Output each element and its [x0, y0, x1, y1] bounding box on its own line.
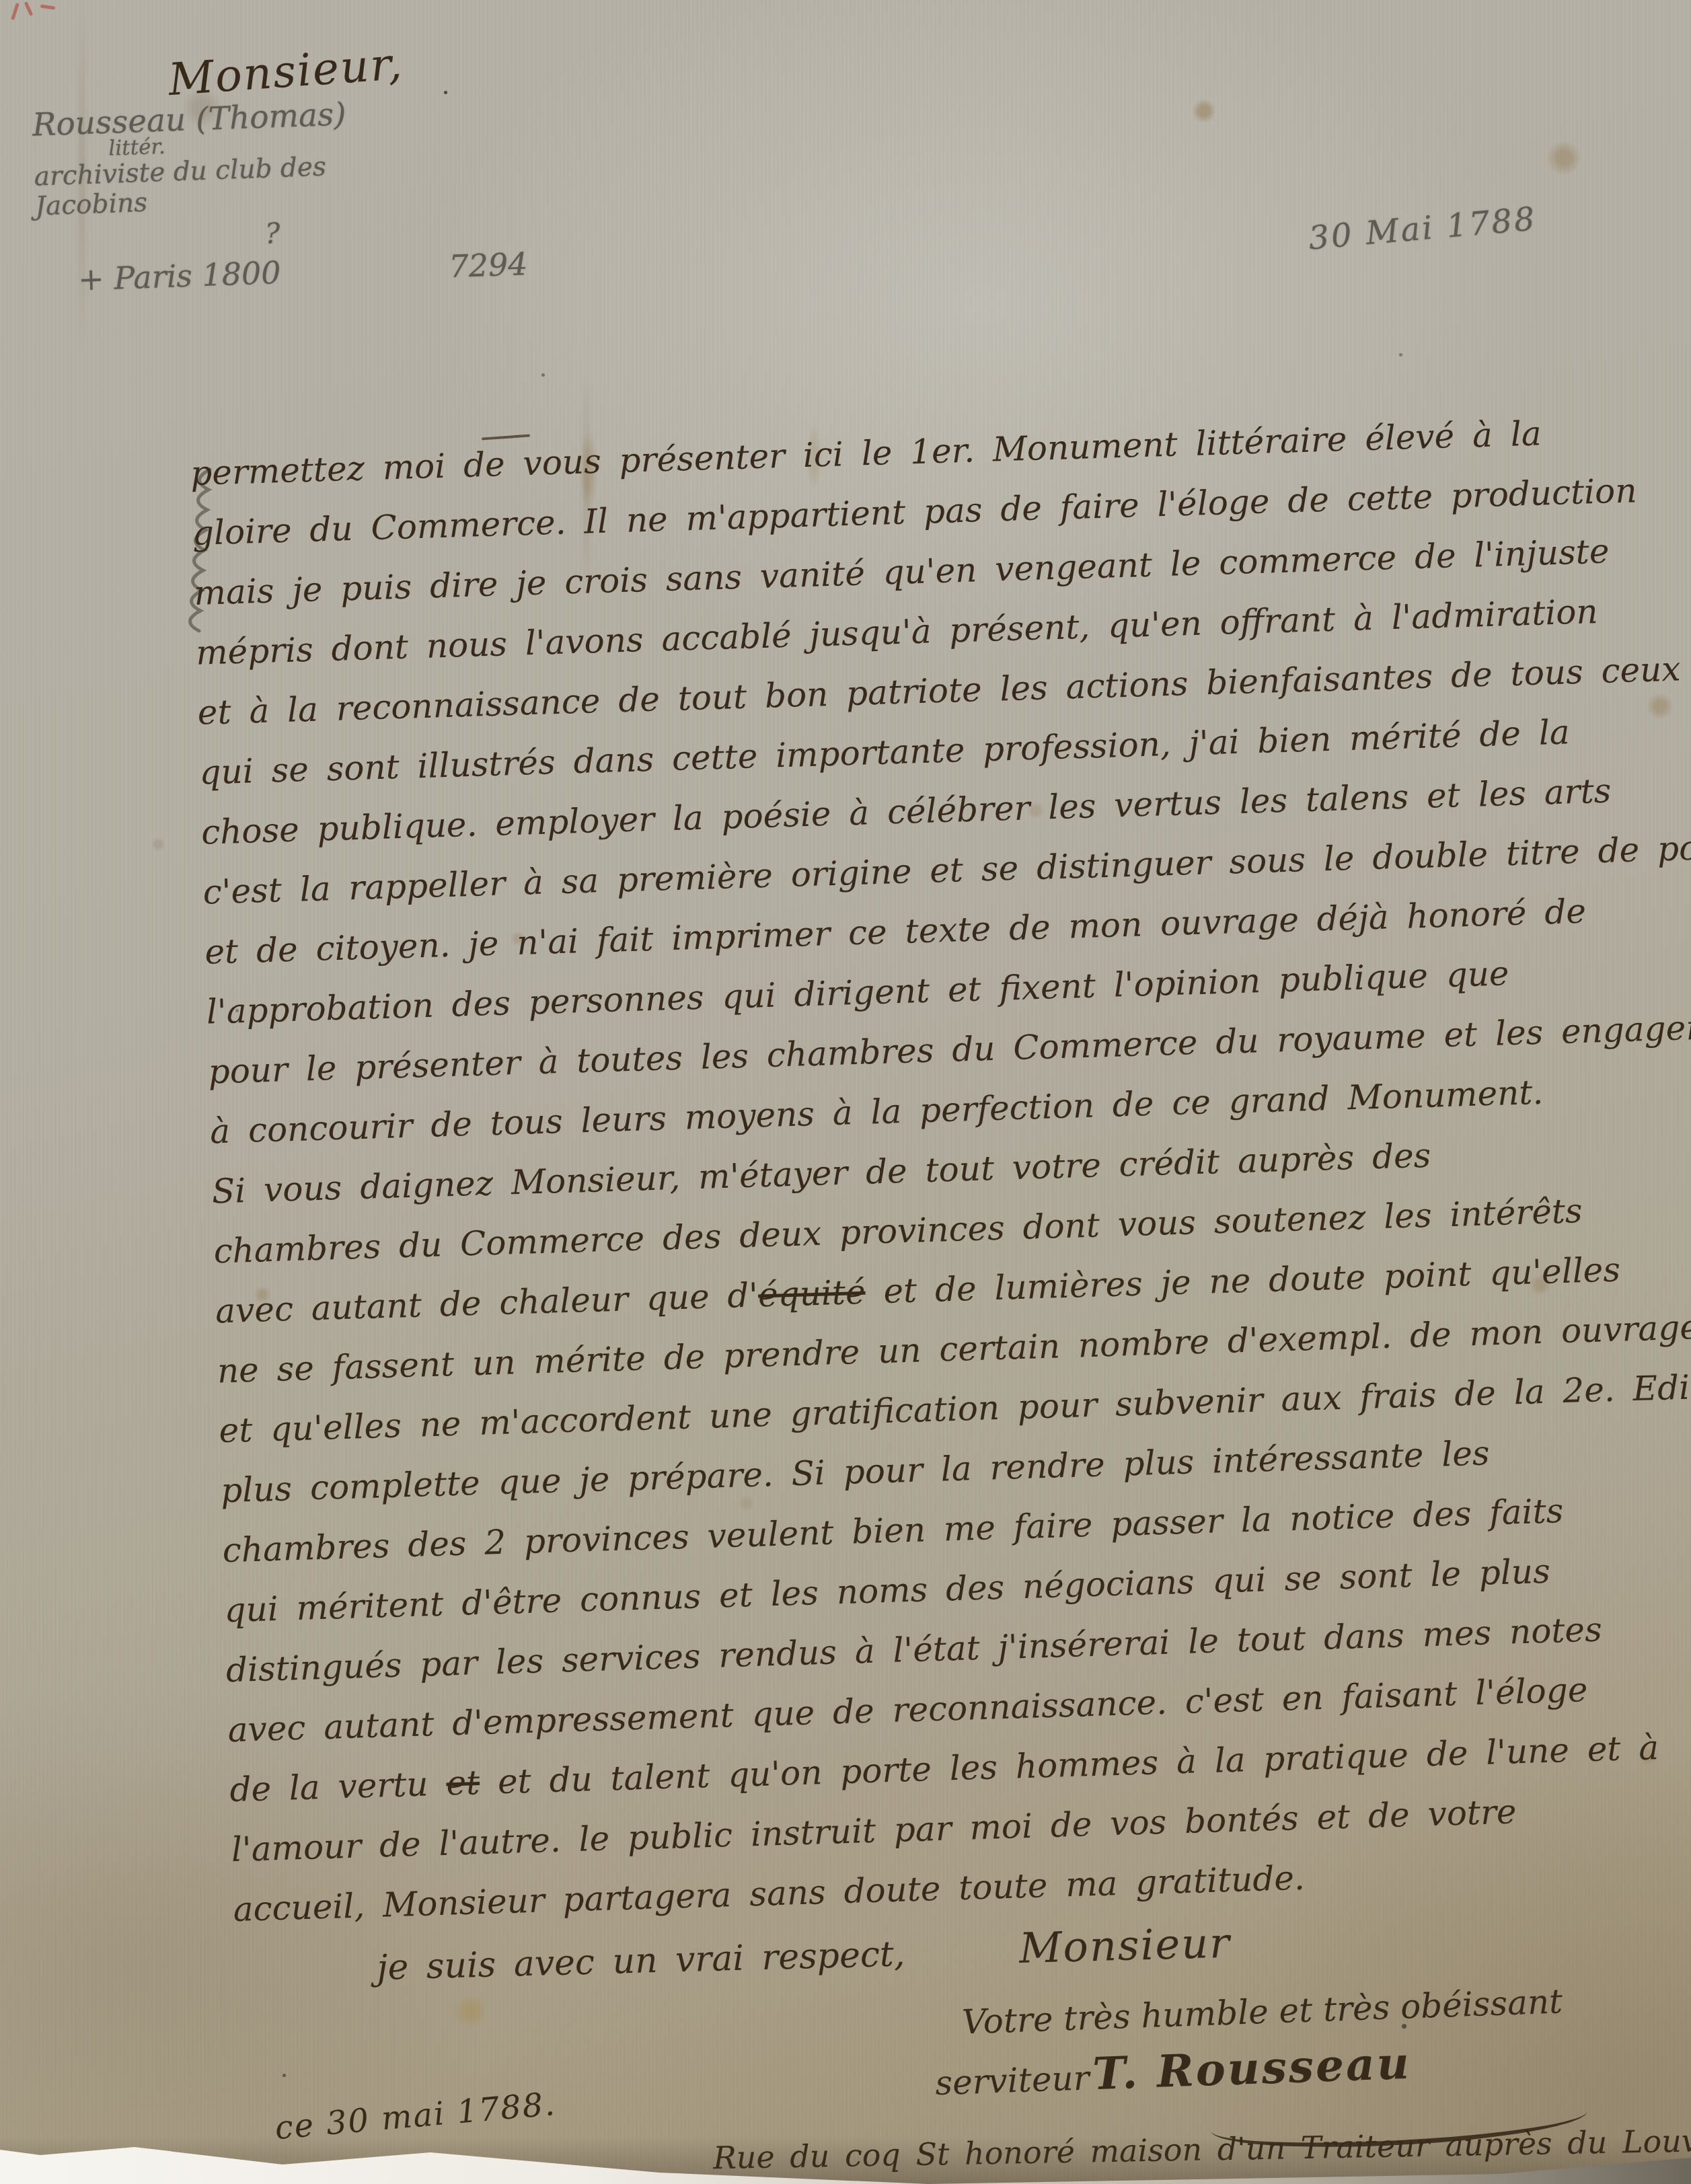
signature-row: serviteur T. Rousseau [934, 2037, 1412, 2106]
annotation-date: 30 Mai 1788 [1307, 200, 1538, 257]
serviteur-word: serviteur [934, 2058, 1090, 2103]
photograph-of-letter: { "document": { "kind": "handwritten let… [0, 0, 1691, 2184]
annotation-question-mark: ? [264, 209, 527, 250]
letter-date: ce 30 mai 1788. [273, 2085, 557, 2147]
archival-annotations: Rousseau (Thomas) littér. archiviste du … [32, 91, 528, 298]
annotation-catalog-number: 7294 [448, 247, 528, 285]
red-crayon-mark [9, 1, 57, 24]
respect-line: je suis avec un vrai respect, [377, 1934, 905, 1988]
annotation-death-date: + Paris 1800 [77, 256, 281, 297]
letter-body: permettez moi de vous présenter ici le 1… [190, 400, 1691, 1940]
letter-paper: Monsieur, Rousseau (Thomas) littér. arch… [0, 0, 1691, 2184]
salutation: Monsieur, [167, 38, 405, 106]
signature: T. Rousseau [1092, 2037, 1412, 2100]
closing-monsieur: Monsieur [1018, 1918, 1231, 1973]
valediction: Votre très humble et très obéissant [961, 1982, 1563, 2041]
letter-address: Rue du coq St honoré maison d'un Traiteu… [713, 2122, 1691, 2176]
signature-flourish [1210, 2087, 1589, 2154]
